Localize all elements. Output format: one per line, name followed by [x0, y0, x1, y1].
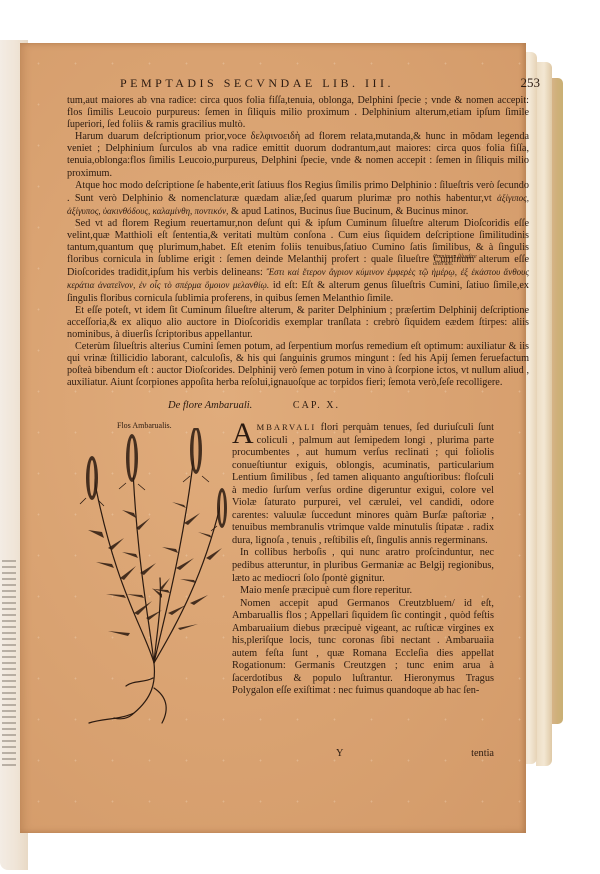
catchword: tentia: [471, 748, 494, 759]
latin-names: & apud Latinos, Bucinus ſiue Bucinum, & …: [231, 206, 468, 217]
plant-woodcut-illustration: [74, 428, 234, 728]
chapter-heading: De flore Ambaruali. CAP. X.: [168, 400, 340, 411]
margin-note: Cuminum ſilueſtre alterum.: [433, 254, 483, 268]
chapter-title: De flore Ambaruali.: [168, 400, 252, 411]
paragraph: Et eſſe poteſt, vt idem ſit Cuminum ſilu…: [67, 305, 529, 341]
signature-mark: Y: [336, 748, 343, 759]
paragraph: Ceterùm ſilueſtris alterius Cumini ſemen…: [67, 341, 529, 389]
chapter-number: CAP. X.: [293, 400, 340, 411]
page-stack-edge: [551, 78, 563, 724]
drop-cap: A: [232, 422, 254, 446]
paragraph: AMBARVALI flori perquàm tenues, ſed duri…: [232, 421, 494, 547]
paragraph: Nomen accepit apud Germanos Creutzbluem/…: [232, 598, 494, 698]
page-stack-edge: [536, 62, 552, 766]
page-number: 253: [521, 75, 541, 91]
lead-smallcaps: MBARVALI: [257, 422, 317, 432]
greek-quote: Ἔστι καὶ ἕτερον ἄγριον κύμινον ἐμφερὲς τ…: [266, 267, 457, 277]
paragraph-text: Atque hoc modo deſcriptione ſe habente,e…: [67, 180, 529, 204]
paragraph: Maio menſe præcipuè cum flore reperitur.: [232, 585, 494, 598]
top-text-block: tum,aut maiores ab vna radice: circa quo…: [67, 95, 529, 389]
paragraph: tum,aut maiores ab vna radice: circa quo…: [67, 95, 529, 131]
paragraph: Atque hoc modo deſcriptione ſe habente,e…: [67, 180, 529, 218]
page-header: PEMPTADIS SECVNDAE LIB. III. 253: [62, 76, 540, 94]
running-head: PEMPTADIS SECVNDAE LIB. III.: [120, 76, 394, 91]
paragraph: In collibus herboſis , qui nunc aratro p…: [232, 547, 494, 585]
right-text-block: AMBARVALI flori perquàm tenues, ſed duri…: [232, 421, 494, 698]
paragraph-text: flori perquàm tenues, ſed duriuſculi ſun…: [232, 422, 494, 546]
verso-text-lines: [2, 560, 16, 770]
paragraph: Harum duarum deſcriptionum prior,voce δε…: [67, 131, 529, 179]
